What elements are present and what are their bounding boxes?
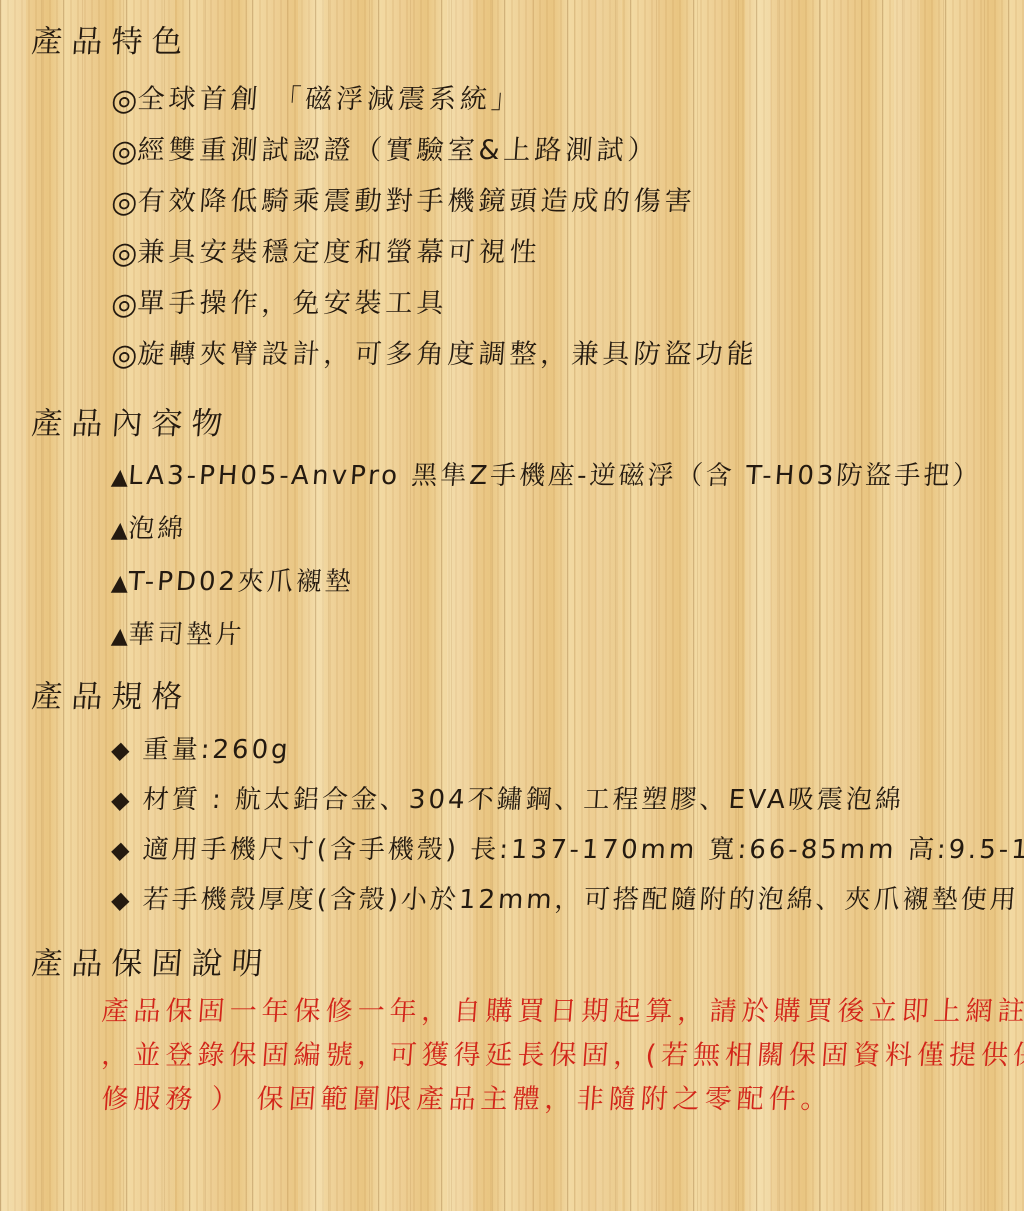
diamond-bullet-icon: ◆ [110,836,130,864]
warranty-line: 修服務 ） 保固範圍限產品主體，非隨附之零配件。 [100,1078,1024,1122]
feature-item: ◎經雙重測試認證（實驗室&上路測試） [110,133,1024,170]
warranty-title: 產品保固說明 [0,944,1024,984]
double-circle-bullet-icon: ◎ [110,236,139,271]
content-text: LA3-PH05-AnvPro 黑隼Z手機座-逆磁浮（含 T-H03防盜手把） [127,461,982,491]
double-circle-bullet-icon: ◎ [110,287,139,322]
contents-title: 產品內容物 [0,404,1024,444]
features-list: ◎全球首創 「磁浮減震系統」 ◎經雙重測試認證（實驗室&上路測試） ◎有效降低騎… [0,82,1024,374]
content-item: ▲華司墊片 [110,617,1024,655]
spec-text: 重量:260g [142,735,292,765]
triangle-bullet-icon: ▲ [110,624,129,649]
section-contents: 產品內容物 ▲LA3-PH05-AnvPro 黑隼Z手機座-逆磁浮（含 T-H0… [0,404,1024,655]
feature-text: 有效降低騎乘震動對手機鏡頭造成的傷害 [136,186,696,217]
feature-item: ◎旋轉夾臂設計，可多角度調整，兼具防盜功能 [110,337,1024,374]
specs-title: 產品規格 [0,677,1024,717]
spec-text: 適用手機尺寸(含手機殼) 長:137-170mm 寬:66-85mm 高:9.5… [142,835,1024,865]
content-text: 泡綿 [127,514,187,544]
double-circle-bullet-icon: ◎ [110,185,139,220]
triangle-bullet-icon: ▲ [110,465,129,490]
spec-item: ◆重量:260g [110,733,1024,767]
content-text: T-PD02夾爪襯墊 [127,567,355,597]
warranty-paragraph: 產品保固一年保修一年，自購買日期起算，請於購買後立即上網註冊 ，並登錄保固編號，… [100,990,1024,1122]
content-item: ▲LA3-PH05-AnvPro 黑隼Z手機座-逆磁浮（含 T-H03防盜手把） [110,458,1024,496]
content-item: ▲泡綿 [110,511,1024,549]
section-warranty: 產品保固說明 產品保固一年保修一年，自購買日期起算，請於購買後立即上網註冊 ，並… [0,944,1024,1122]
spec-text: 若手機殼厚度(含殼)小於12mm，可搭配隨附的泡綿、夾爪襯墊使用 [142,885,1020,915]
warranty-line: ，並登錄保固編號，可獲得延長保固，(若無相關保固資料僅提供保 [100,1034,1024,1078]
feature-item: ◎兼具安裝穩定度和螢幕可視性 [110,235,1024,272]
double-circle-bullet-icon: ◎ [110,134,139,169]
spec-item: ◆適用手機尺寸(含手機殼) 長:137-170mm 寬:66-85mm 高:9.… [110,833,1024,867]
diamond-bullet-icon: ◆ [110,786,130,814]
page-content: 產品特色 ◎全球首創 「磁浮減震系統」 ◎經雙重測試認證（實驗室&上路測試） ◎… [0,0,1024,1211]
spec-text: 材質 : 航太鋁合金、304不鏽鋼、工程塑膠、EVA吸震泡綿 [142,785,905,815]
content-item: ▲T-PD02夾爪襯墊 [110,564,1024,602]
diamond-bullet-icon: ◆ [110,736,130,764]
feature-text: 兼具安裝穩定度和螢幕可視性 [136,237,541,268]
spec-item: ◆若手機殼厚度(含殼)小於12mm，可搭配隨附的泡綿、夾爪襯墊使用 [110,883,1024,917]
feature-item: ◎全球首創 「磁浮減震系統」 [110,82,1024,119]
triangle-bullet-icon: ▲ [110,571,129,596]
specs-list: ◆重量:260g ◆材質 : 航太鋁合金、304不鏽鋼、工程塑膠、EVA吸震泡綿… [0,733,1024,917]
warranty-line: 產品保固一年保修一年，自購買日期起算，請於購買後立即上網註冊 [100,990,1024,1034]
diamond-bullet-icon: ◆ [110,886,130,914]
spec-item: ◆材質 : 航太鋁合金、304不鏽鋼、工程塑膠、EVA吸震泡綿 [110,783,1024,817]
feature-text: 經雙重測試認證（實驗室&上路測試） [136,135,659,166]
content-text: 華司墊片 [127,620,245,650]
section-specs: 產品規格 ◆重量:260g ◆材質 : 航太鋁合金、304不鏽鋼、工程塑膠、EV… [0,677,1024,917]
feature-text: 全球首創 「磁浮減震系統」 [136,84,523,115]
feature-item: ◎有效降低騎乘震動對手機鏡頭造成的傷害 [110,184,1024,221]
double-circle-bullet-icon: ◎ [110,338,139,373]
product-description-page: 產品特色 ◎全球首創 「磁浮減震系統」 ◎經雙重測試認證（實驗室&上路測試） ◎… [0,0,1024,1211]
feature-text: 旋轉夾臂設計，可多角度調整，兼具防盜功能 [136,339,758,370]
contents-list: ▲LA3-PH05-AnvPro 黑隼Z手機座-逆磁浮（含 T-H03防盜手把）… [0,458,1024,655]
section-features: 產品特色 ◎全球首創 「磁浮減震系統」 ◎經雙重測試認證（實驗室&上路測試） ◎… [0,22,1024,374]
feature-text: 單手操作，免安裝工具 [136,288,448,319]
feature-item: ◎單手操作，免安裝工具 [110,286,1024,323]
triangle-bullet-icon: ▲ [110,518,129,543]
double-circle-bullet-icon: ◎ [110,83,139,118]
features-title: 產品特色 [0,22,1024,62]
